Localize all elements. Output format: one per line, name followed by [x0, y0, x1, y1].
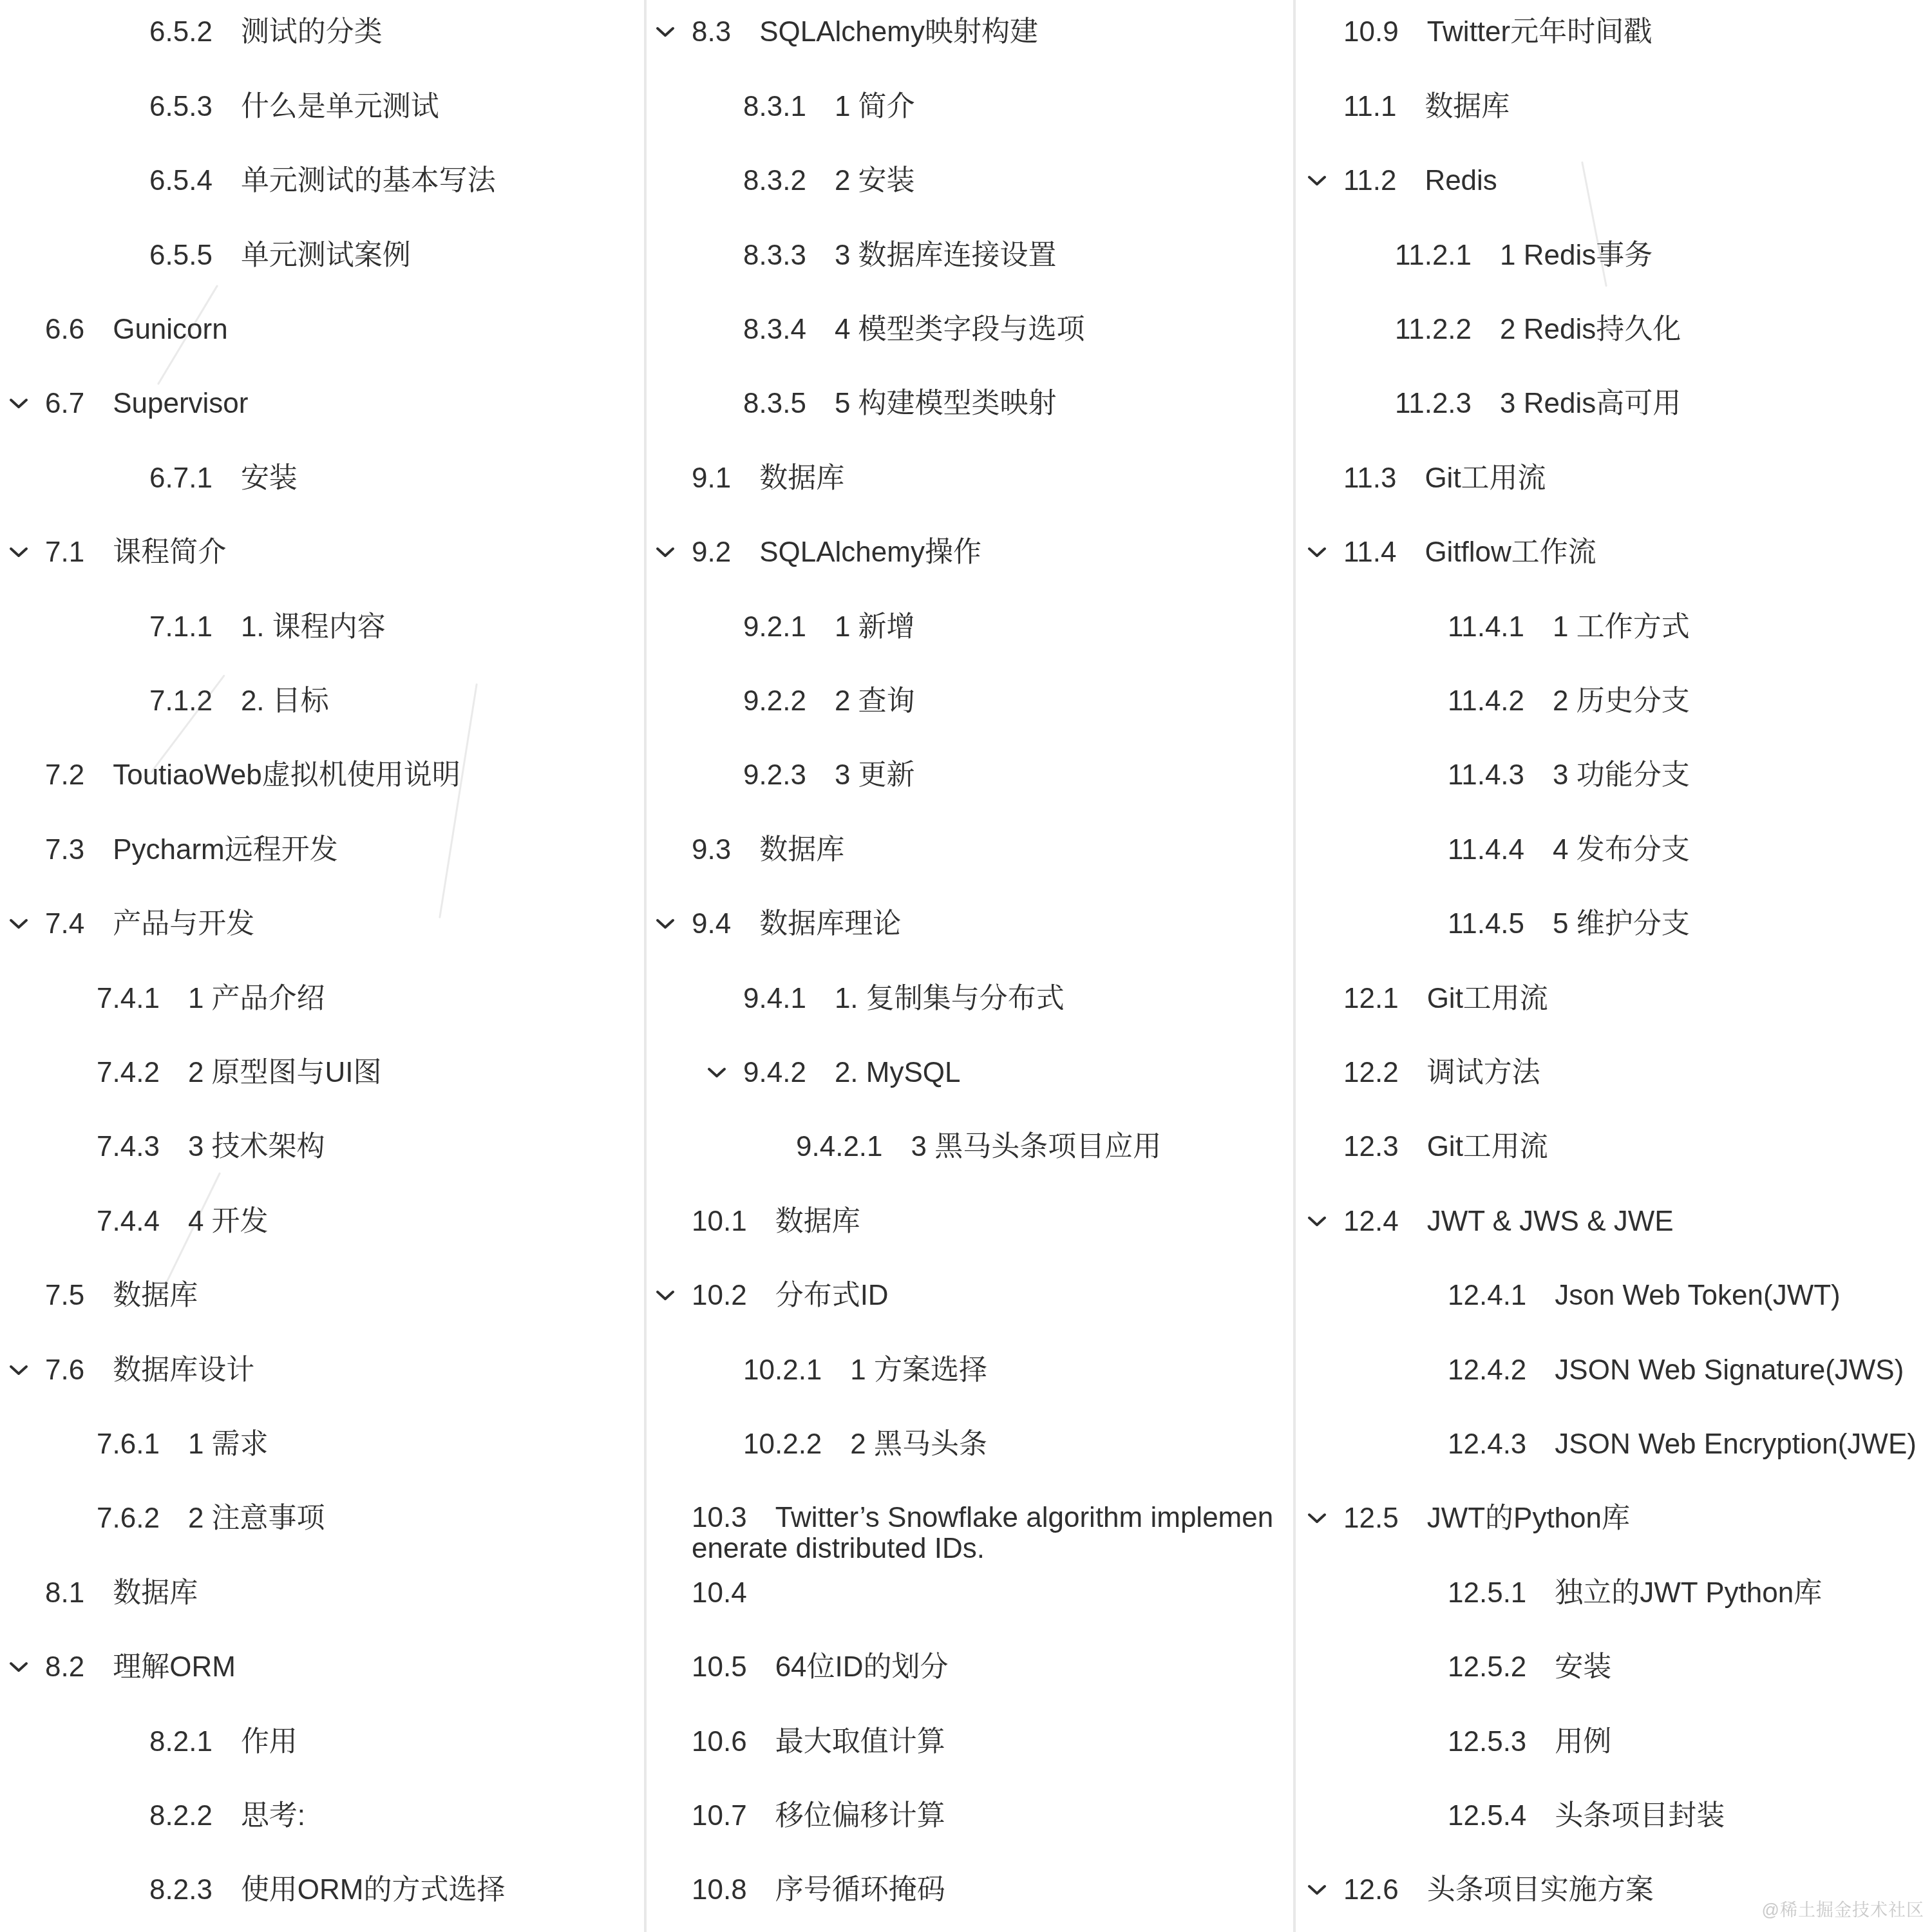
toc-item-6.6[interactable]: 6.6Gunicorn — [0, 292, 644, 367]
toc-item-number: 10.2.2 — [743, 1429, 822, 1460]
toc-item-label: 思考: — [241, 1801, 305, 1832]
toc-item-9.3[interactable]: 9.3数据库 — [647, 813, 1293, 887]
toc-item-number: 12.3 — [1343, 1132, 1399, 1162]
toc-item-number: 12.4 — [1343, 1206, 1399, 1237]
chevron-down-icon[interactable] — [1307, 1216, 1327, 1227]
toc-item-number: 11.4.3 — [1448, 760, 1524, 791]
chevron-down-icon[interactable] — [707, 1067, 726, 1079]
toc-column-3: 10.9Twitter元年时间戳11.1数据库11.2Redis11.2.11 … — [1298, 0, 1932, 1932]
toc-item-7.5[interactable]: 7.5数据库 — [0, 1258, 644, 1333]
toc-item-label: Redis — [1425, 166, 1497, 196]
toc-item-label: 1 工作方式 — [1553, 612, 1690, 643]
toc-item-number: 10.7 — [692, 1801, 747, 1832]
toc-item-11.4.1[interactable]: 11.4.11 工作方式 — [1298, 590, 1932, 665]
toc-item-8.3.4[interactable]: 8.3.44 模型类字段与选项 — [647, 292, 1293, 367]
toc-item-7.4.1[interactable]: 7.4.11 产品介绍 — [0, 961, 644, 1036]
toc-item-label: 独立的JWT Python库 — [1555, 1578, 1822, 1609]
chevron-down-icon[interactable] — [9, 1662, 28, 1673]
toc-item-8.3.3[interactable]: 8.3.33 数据库连接设置 — [647, 218, 1293, 293]
chevron-down-icon[interactable] — [9, 918, 28, 930]
toc-item-label: 课程简介 — [113, 537, 226, 568]
toc-item-8.3.2[interactable]: 8.3.22 安装 — [647, 144, 1293, 218]
toc-item-label: 64位ID的划分 — [775, 1652, 949, 1683]
toc-item-label: 安装 — [241, 463, 298, 494]
chevron-down-icon[interactable] — [656, 26, 675, 38]
toc-item-number: 6.5.4 — [149, 166, 213, 196]
toc-item-12.5.2[interactable]: 12.5.2安装 — [1298, 1630, 1932, 1705]
toc-item-number: 7.6.1 — [97, 1429, 160, 1460]
toc-item-label: JSON Web Signature(JWS) — [1555, 1355, 1904, 1386]
toc-item-number: 8.1 — [45, 1578, 84, 1609]
toc-item-label: 2 黑马头条 — [850, 1429, 987, 1460]
chevron-down-icon[interactable] — [656, 918, 675, 930]
toc-item-number: 12.5.1 — [1448, 1578, 1526, 1609]
toc-item-8.2.2[interactable]: 8.2.2思考: — [0, 1779, 644, 1853]
toc-item-11.4.3[interactable]: 11.4.33 功能分支 — [1298, 738, 1932, 813]
toc-item-11.4.4[interactable]: 11.4.44 发布分支 — [1298, 813, 1932, 887]
toc-item-number: 10.5 — [692, 1652, 747, 1683]
toc-item-label: 3 更新 — [835, 760, 915, 791]
toc-item-label: JWT & JWS & JWE — [1427, 1206, 1674, 1237]
toc-item-label: 3 黑马头条项目应用 — [911, 1132, 1162, 1162]
toc-item-12.4.2[interactable]: 12.4.2JSON Web Signature(JWS) — [1298, 1333, 1932, 1408]
toc-item-number: 11.4 — [1343, 537, 1396, 568]
toc-item-number: 9.4.2 — [743, 1057, 806, 1088]
toc-item-label: 单元测试的基本写法 — [241, 166, 496, 196]
toc-item-number: 6.5.3 — [149, 91, 213, 122]
toc-item-6.5.2[interactable]: 6.5.2测试的分类 — [0, 0, 644, 70]
toc-item-number: 6.5.2 — [149, 17, 213, 48]
toc-item-label: 序号循环掩码 — [775, 1875, 945, 1906]
toc-item-9.2.1[interactable]: 9.2.11 新增 — [647, 590, 1293, 665]
toc-item-label: 安装 — [1555, 1652, 1611, 1683]
toc-item-7.4.3[interactable]: 7.4.33 技术架构 — [0, 1110, 644, 1184]
toc-item-number: 9.2.1 — [743, 612, 806, 643]
toc-item-label: 用例 — [1555, 1727, 1611, 1757]
toc-item-7.4.4[interactable]: 7.4.44 开发 — [0, 1184, 644, 1259]
toc-item-number: 12.4.1 — [1448, 1280, 1526, 1311]
toc-item-number: 7.2 — [45, 760, 84, 791]
toc-item-7.6[interactable]: 7.6数据库设计 — [0, 1333, 644, 1408]
toc-item-8.2.1[interactable]: 8.2.1作用 — [0, 1705, 644, 1779]
toc-item-9.2.2[interactable]: 9.2.22 查询 — [647, 664, 1293, 739]
toc-item-label: 数据库 — [759, 835, 844, 866]
toc-item-number: 10.9 — [1343, 17, 1399, 48]
toc-item-number: 7.4.3 — [97, 1132, 160, 1162]
toc-item-number: 11.4.2 — [1448, 686, 1524, 717]
toc-item-11.1[interactable]: 11.1数据库 — [1298, 70, 1932, 144]
toc-item-label: 数据库 — [1425, 91, 1510, 122]
toc-item-12.5.1[interactable]: 12.5.1独立的JWT Python库 — [1298, 1556, 1932, 1631]
toc-item-number: 10.4 — [692, 1578, 747, 1609]
toc-item-number: 8.3.5 — [743, 388, 806, 419]
toc-item-number: 7.3 — [45, 835, 84, 866]
toc-item-label: 分布式ID — [775, 1280, 889, 1311]
toc-item-number: 6.7 — [45, 388, 84, 419]
chevron-down-icon[interactable] — [1307, 175, 1327, 187]
toc-item-number: 11.2.1 — [1395, 240, 1472, 271]
toc-item-9.4[interactable]: 9.4数据库理论 — [647, 887, 1293, 961]
toc-item-label: 数据库 — [113, 1578, 198, 1609]
toc-item-number: 7.6 — [45, 1355, 84, 1386]
toc-item-number: 12.5.4 — [1448, 1801, 1526, 1832]
toc-item-label: 1 Redis事务 — [1500, 240, 1653, 271]
chevron-down-icon[interactable] — [1307, 1513, 1327, 1524]
toc-item-12.5.4[interactable]: 12.5.4头条项目封装 — [1298, 1779, 1932, 1853]
toc-item-7.6.2[interactable]: 7.6.22 注意事项 — [0, 1481, 644, 1556]
toc-item-label: Git工用流 — [1427, 983, 1548, 1014]
toc-item-label: Supervisor — [113, 388, 248, 419]
toc-item-label: 4 发布分支 — [1553, 835, 1690, 866]
toc-item-number: 9.2.2 — [743, 686, 806, 717]
toc-item-10.2.2[interactable]: 10.2.22 黑马头条 — [647, 1407, 1293, 1482]
toc-item-label: 3 数据库连接设置 — [835, 240, 1057, 271]
toc-item-6.7.1[interactable]: 6.7.1安装 — [0, 441, 644, 516]
toc-item-10.9[interactable]: 10.9Twitter元年时间戳 — [1298, 0, 1932, 70]
toc-item-label: ToutiaoWeb虚拟机使用说明 — [113, 760, 460, 791]
toc-item-number: 12.2 — [1343, 1057, 1399, 1088]
toc-item-12.5[interactable]: 12.5JWT的Python库 — [1298, 1481, 1932, 1556]
toc-item-label: 2 Redis持久化 — [1500, 314, 1681, 345]
toc-item-label: 调试方法 — [1427, 1057, 1540, 1088]
toc-item-number: 8.2.2 — [149, 1801, 213, 1832]
toc-item-12.1[interactable]: 12.1Git工用流 — [1298, 961, 1932, 1036]
toc-item-label: 使用ORM的方式选择 — [241, 1875, 506, 1906]
toc-item-6.5.3[interactable]: 6.5.3什么是单元测试 — [0, 70, 644, 144]
toc-item-number: 12.1 — [1343, 983, 1399, 1014]
column-divider — [1293, 0, 1296, 1932]
toc-item-label: 头条项目实施方案 — [1427, 1875, 1654, 1906]
toc-item-9.2[interactable]: 9.2SQLAlchemy操作 — [647, 515, 1293, 590]
toc-item-7.1.1[interactable]: 7.1.11. 课程内容 — [0, 590, 644, 665]
toc-item-7.6.1[interactable]: 7.6.11 需求 — [0, 1407, 644, 1482]
toc-item-label: 1 产品介绍 — [188, 983, 325, 1014]
toc-item-10.2.1[interactable]: 10.2.11 方案选择 — [647, 1333, 1293, 1408]
toc-item-label: Git工用流 — [1427, 1132, 1548, 1162]
toc-item-6.7[interactable]: 6.7Supervisor — [0, 366, 644, 441]
toc-item-label: 数据库 — [775, 1206, 860, 1237]
toc-item-label: JWT的Python库 — [1427, 1503, 1630, 1534]
toc-item-number: 11.3 — [1343, 463, 1396, 494]
toc-item-label: 3 Redis高可用 — [1500, 388, 1681, 419]
toc-item-number: 9.4 — [692, 909, 731, 940]
toc-item-number: 8.3.3 — [743, 240, 806, 271]
toc-item-label: 3 技术架构 — [188, 1132, 325, 1162]
chevron-down-icon[interactable] — [1307, 1884, 1327, 1896]
toc-item-9.1[interactable]: 9.1数据库 — [647, 441, 1293, 516]
toc-item-12.2[interactable]: 12.2调试方法 — [1298, 1036, 1932, 1110]
toc-item-label: 5 构建模型类映射 — [835, 388, 1057, 419]
toc-item-label: 数据库设计 — [113, 1355, 254, 1386]
toc-item-label: JSON Web Encryption(JWE) — [1555, 1429, 1917, 1460]
toc-item-8.3.1[interactable]: 8.3.11 简介 — [647, 70, 1293, 144]
toc-item-7.4[interactable]: 7.4产品与开发 — [0, 887, 644, 961]
toc-item-label: 1 简介 — [835, 91, 915, 122]
toc-item-number: 7.5 — [45, 1280, 84, 1311]
toc-item-label: SQLAlchemy映射构建 — [759, 17, 1038, 48]
toc-item-number: 11.1 — [1343, 91, 1396, 122]
toc-item-label: Gunicorn — [113, 314, 228, 345]
toc-page: { "page": { "background": "#ffffff", "te… — [0, 0, 1932, 1932]
toc-item-11.4.5[interactable]: 11.4.55 维护分支 — [1298, 887, 1932, 961]
chevron-down-icon[interactable] — [656, 1290, 675, 1302]
toc-item-label: 单元测试案例 — [241, 240, 411, 271]
chevron-down-icon[interactable] — [1307, 547, 1327, 558]
toc-item-number: 9.2.3 — [743, 760, 806, 791]
toc-item-number: 10.1 — [692, 1206, 747, 1237]
toc-item-label: Twitter元年时间戳 — [1427, 17, 1653, 48]
toc-item-label: 1 新增 — [835, 612, 915, 643]
chevron-down-icon[interactable] — [9, 1365, 28, 1376]
toc-item-number: 12.5.3 — [1448, 1727, 1526, 1757]
toc-item-label: 2. MySQL — [835, 1057, 961, 1088]
toc-item-number: 12.6 — [1343, 1875, 1399, 1906]
toc-item-number: 8.3.1 — [743, 91, 806, 122]
chevron-down-icon[interactable] — [9, 547, 28, 558]
toc-item-8.3[interactable]: 8.3SQLAlchemy映射构建 — [647, 0, 1293, 70]
toc-item-11.2.2[interactable]: 11.2.22 Redis持久化 — [1298, 292, 1932, 367]
toc-item-11.4.2[interactable]: 11.4.22 历史分支 — [1298, 664, 1932, 739]
toc-item-12.4[interactable]: 12.4JWT & JWS & JWE — [1298, 1184, 1932, 1259]
toc-item-label: 作用 — [241, 1727, 298, 1757]
toc-item-number: 8.3.2 — [743, 166, 806, 196]
toc-item-label: Gitflow工作流 — [1425, 537, 1596, 568]
toc-item-number: 11.4.5 — [1448, 909, 1524, 940]
toc-item-number: 9.4.2.1 — [796, 1132, 883, 1162]
toc-item-number: 8.2.1 — [149, 1727, 213, 1757]
toc-item-number: 10.2 — [692, 1280, 747, 1311]
toc-item-8.2.3[interactable]: 8.2.3使用ORM的方式选择 — [0, 1853, 644, 1927]
toc-item-label: 数据库 — [759, 463, 844, 494]
toc-item-number: 10.8 — [692, 1875, 747, 1906]
toc-item-10.6[interactable]: 10.6最大取值计算 — [647, 1705, 1293, 1779]
chevron-down-icon[interactable] — [656, 547, 675, 558]
toc-item-label: 移位偏移计算 — [775, 1801, 945, 1832]
toc-item-label: 2 历史分支 — [1553, 686, 1690, 717]
toc-item-number: 11.4.1 — [1448, 612, 1524, 643]
toc-item-11.2.3[interactable]: 11.2.33 Redis高可用 — [1298, 366, 1932, 441]
toc-item-10.5[interactable]: 10.564位ID的划分 — [647, 1630, 1293, 1705]
toc-item-label: 2 注意事项 — [188, 1503, 325, 1534]
toc-item-number: 7.1.1 — [149, 612, 213, 643]
toc-item-number: 11.2.2 — [1395, 314, 1472, 345]
toc-item-number: 12.5.2 — [1448, 1652, 1526, 1683]
toc-item-label: Git工用流 — [1425, 463, 1546, 494]
toc-item-number: 11.2 — [1343, 166, 1396, 196]
toc-item-10.1[interactable]: 10.1数据库 — [647, 1184, 1293, 1259]
toc-item-number: 9.4.1 — [743, 983, 806, 1014]
toc-item-11.2[interactable]: 11.2Redis — [1298, 144, 1932, 218]
toc-item-label: 2. 目标 — [241, 686, 329, 717]
watermark: @稀土掘金技术社区 — [1762, 1896, 1924, 1921]
toc-column-2: 8.3SQLAlchemy映射构建8.3.11 简介8.3.22 安装8.3.3… — [647, 0, 1293, 1932]
toc-item-label: 理解ORM — [113, 1652, 236, 1683]
toc-item-9.2.3[interactable]: 9.2.33 更新 — [647, 738, 1293, 813]
toc-item-11.2.1[interactable]: 11.2.11 Redis事务 — [1298, 218, 1932, 293]
toc-item-number: 12.5 — [1343, 1503, 1399, 1534]
toc-item-7.1.2[interactable]: 7.1.22. 目标 — [0, 664, 644, 739]
toc-item-number: 11.4.4 — [1448, 835, 1524, 866]
toc-item-number: 12.4.3 — [1448, 1429, 1526, 1460]
toc-item-6.5.5[interactable]: 6.5.5单元测试案例 — [0, 218, 644, 293]
toc-item-10.7[interactable]: 10.7移位偏移计算 — [647, 1779, 1293, 1853]
toc-item-number: 6.6 — [45, 314, 84, 345]
toc-item-number: 7.4.2 — [97, 1057, 160, 1088]
toc-item-label: Json Web Token(JWT) — [1555, 1280, 1840, 1311]
toc-item-label: 5 维护分支 — [1553, 909, 1690, 940]
toc-item-10.4[interactable]: 10.4 — [647, 1556, 1293, 1631]
toc-item-10.8[interactable]: 10.8序号循环掩码 — [647, 1853, 1293, 1927]
toc-item-7.3[interactable]: 7.3Pycharm远程开发 — [0, 813, 644, 887]
toc-item-number: 8.3 — [692, 17, 731, 48]
toc-item-9.4.1[interactable]: 9.4.11. 复制集与分布式 — [647, 961, 1293, 1036]
toc-item-12.3[interactable]: 12.3Git工用流 — [1298, 1110, 1932, 1184]
toc-item-number: 10.2.1 — [743, 1355, 822, 1386]
toc-item-7.2[interactable]: 7.2ToutiaoWeb虚拟机使用说明 — [0, 738, 644, 813]
toc-item-number: 9.1 — [692, 463, 731, 494]
toc-item-11.3[interactable]: 11.3Git工用流 — [1298, 441, 1932, 516]
toc-item-number: 9.2 — [692, 537, 731, 568]
toc-item-label: 数据库 — [113, 1280, 198, 1311]
toc-item-label: Pycharm远程开发 — [113, 835, 338, 866]
toc-item-number: 10.6 — [692, 1727, 747, 1757]
toc-item-9.4.2.1[interactable]: 9.4.2.13 黑马头条项目应用 — [647, 1110, 1293, 1184]
toc-item-10.2[interactable]: 10.2分布式ID — [647, 1258, 1293, 1333]
toc-item-12.4.1[interactable]: 12.4.1Json Web Token(JWT) — [1298, 1258, 1932, 1333]
toc-item-8.2[interactable]: 8.2理解ORM — [0, 1630, 644, 1705]
toc-item-number: 7.4 — [45, 909, 84, 940]
toc-item-label: 什么是单元测试 — [241, 91, 439, 122]
toc-item-6.5.4[interactable]: 6.5.4单元测试的基本写法 — [0, 144, 644, 218]
toc-item-number: 7.6.2 — [97, 1503, 160, 1534]
toc-item-label: 1 需求 — [188, 1429, 269, 1460]
toc-item-number: 8.2 — [45, 1652, 84, 1683]
toc-item-number: 6.5.5 — [149, 240, 213, 271]
toc-item-12.4.3[interactable]: 12.4.3JSON Web Encryption(JWE) — [1298, 1407, 1932, 1482]
toc-item-7.4.2[interactable]: 7.4.22 原型图与UI图 — [0, 1036, 644, 1110]
toc-item-label: SQLAlchemy操作 — [759, 537, 981, 568]
toc-item-label: 4 模型类字段与选项 — [835, 314, 1085, 345]
toc-item-label: 2 安装 — [835, 166, 915, 196]
toc-item-label: 产品与开发 — [113, 909, 254, 940]
toc-item-number: 7.4.1 — [97, 983, 160, 1014]
toc-item-8.1[interactable]: 8.1数据库 — [0, 1556, 644, 1631]
toc-item-label: 1. 复制集与分布式 — [835, 983, 1065, 1014]
toc-item-number: 11.2.3 — [1395, 388, 1472, 419]
toc-item-label: 1. 课程内容 — [241, 612, 386, 643]
toc-item-number: 8.2.3 — [149, 1875, 213, 1906]
toc-item-number: 12.4.2 — [1448, 1355, 1526, 1386]
toc-item-11.4[interactable]: 11.4Gitflow工作流 — [1298, 515, 1932, 590]
toc-item-label: 头条项目封装 — [1555, 1801, 1725, 1832]
toc-item-number: 10.3 — [692, 1502, 747, 1533]
toc-item-number: 7.4.4 — [97, 1206, 160, 1237]
toc-item-label: 数据库理论 — [759, 909, 901, 940]
toc-item-7.1[interactable]: 7.1课程简介 — [0, 515, 644, 590]
toc-item-number: 8.3.4 — [743, 314, 806, 345]
toc-item-number: 7.1 — [45, 537, 84, 568]
toc-item-label: 3 功能分支 — [1553, 760, 1690, 791]
toc-item-label: 2 原型图与UI图 — [188, 1057, 382, 1088]
chevron-down-icon[interactable] — [9, 398, 28, 410]
toc-item-label: 最大取值计算 — [775, 1727, 945, 1757]
toc-column-1: 6.5.2测试的分类6.5.3什么是单元测试6.5.4单元测试的基本写法6.5.… — [0, 0, 644, 1932]
toc-item-label: 1 方案选择 — [850, 1355, 987, 1386]
toc-item-label: 2 查询 — [835, 686, 915, 717]
toc-item-12.5.3[interactable]: 12.5.3用例 — [1298, 1705, 1932, 1779]
toc-item-number: 9.3 — [692, 835, 731, 866]
toc-item-label: 测试的分类 — [241, 17, 383, 48]
toc-item-8.3.5[interactable]: 8.3.55 构建模型类映射 — [647, 366, 1293, 441]
toc-item-number: 6.7.1 — [149, 463, 213, 494]
toc-item-9.4.2[interactable]: 9.4.22. MySQL — [647, 1036, 1293, 1110]
